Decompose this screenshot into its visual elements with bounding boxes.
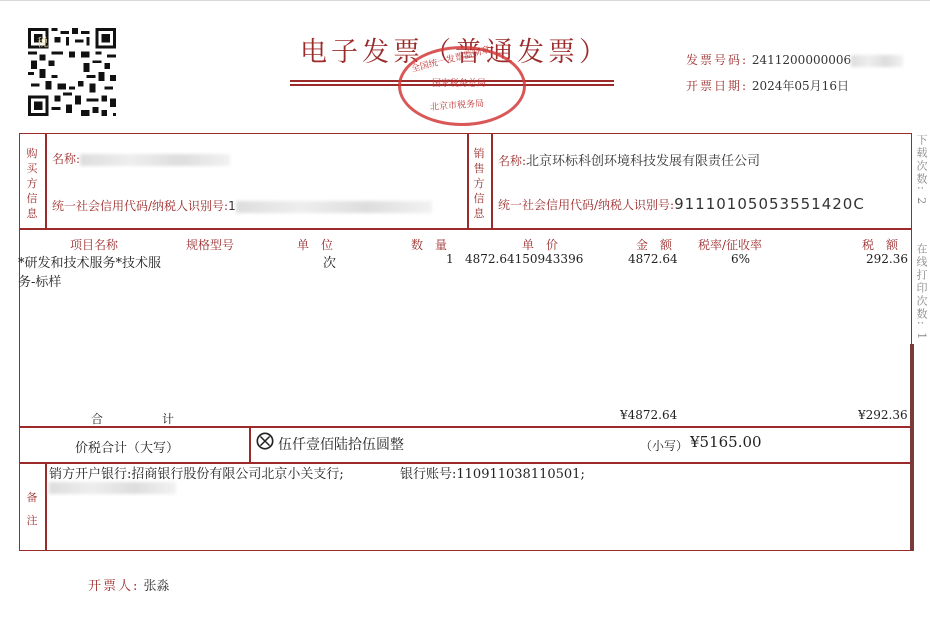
col-header-quantity: 数 量 xyxy=(411,236,447,253)
redacted-block xyxy=(851,55,903,67)
seller-taxid-label: 统一社会信用代码/纳税人识别号: xyxy=(498,198,674,212)
divider xyxy=(491,133,493,228)
col-header-tax-rate: 税率/征收率 xyxy=(698,236,762,253)
seller-taxid-value: 91110105053551420C xyxy=(674,195,865,213)
seal-middle-text: 国家税务总局 xyxy=(432,76,486,89)
seller-taxid: 统一社会信用代码/纳税人识别号:91110105053551420C xyxy=(498,195,865,213)
redacted-block xyxy=(49,482,176,494)
col-header-tax: 税 额 xyxy=(862,236,898,253)
buyer-taxid: 统一社会信用代码/纳税人识别号:1 xyxy=(52,197,432,214)
redacted-block xyxy=(236,201,432,213)
col-header-unit: 单 位 xyxy=(297,236,333,253)
seller-name: 名称:北京环标科创环境科技发展有限责任公司 xyxy=(498,150,760,169)
col-header-spec: 规格型号 xyxy=(186,236,234,253)
divider xyxy=(467,133,469,228)
col-header-amount: 金 额 xyxy=(636,236,672,253)
issuer-name: 张淼 xyxy=(144,579,170,594)
invoice-number-value: 2411200000006 xyxy=(752,53,851,67)
buyer-name: 名称: xyxy=(52,150,230,167)
divider xyxy=(249,426,251,462)
remarks-label-bei: 备 xyxy=(25,490,39,505)
item-quantity: 1 xyxy=(446,252,454,266)
seller-name-label: 名称: xyxy=(498,154,526,168)
grand-total-label: 价税合计（大写） xyxy=(75,437,179,456)
issuer-label: 开票人: xyxy=(88,579,139,594)
total-tax: ¥292.36 xyxy=(858,408,908,422)
item-name-line2: 务-标样 xyxy=(18,271,61,290)
grand-total-upper: 伍仟壹佰陆拾伍圆整 xyxy=(278,434,404,454)
remarks-label-zhu: 注 xyxy=(25,513,39,528)
buyer-section-label: 购买方信息 xyxy=(25,146,39,221)
remarks-bank: 销方开户银行:招商银行股份有限公司北京小关支行; xyxy=(49,463,344,482)
invoice-number-label: 发票号码: xyxy=(686,53,748,67)
divider xyxy=(19,426,912,428)
divider xyxy=(45,133,47,228)
download-count: 下载次数: 2 xyxy=(913,134,929,206)
scrollbar[interactable] xyxy=(910,344,914,551)
issue-date: 开票日期: 2024年05月16日 xyxy=(686,77,849,94)
item-amount: 4872.64 xyxy=(628,252,678,266)
grand-total-small-label: （小写） xyxy=(640,437,688,454)
item-name-line1: *研发和技术服务*技术服 xyxy=(18,252,161,271)
redacted-block xyxy=(80,154,230,166)
col-header-unit-price: 单 价 xyxy=(522,236,558,253)
total-label-ji: 计 xyxy=(162,410,174,427)
total-amount: ¥4872.64 xyxy=(620,408,677,422)
circle-x-icon: ⨂ xyxy=(256,431,274,451)
page-top-border xyxy=(0,0,930,1)
item-unit-price: 4872.64150943396 xyxy=(465,252,583,266)
remarks-account: 银行账号:110911038110501; xyxy=(400,463,585,482)
col-header-item-name: 项目名称 xyxy=(70,236,118,253)
total-label-he: 合 xyxy=(91,410,103,427)
item-unit: 次 xyxy=(323,252,336,271)
seller-section-label: 销售方信息 xyxy=(472,146,486,221)
issue-date-value: 2024年05月16日 xyxy=(752,79,849,93)
seller-name-value: 北京环标科创环境科技发展有限责任公司 xyxy=(526,154,760,169)
grand-total-small-value: ¥5165.00 xyxy=(690,433,762,451)
divider xyxy=(19,228,912,230)
issuer: 开票人: 张淼 xyxy=(88,575,170,594)
buyer-name-label: 名称: xyxy=(52,152,80,166)
qr-center-tax-glyph: 税 xyxy=(37,34,48,50)
item-tax-rate: 6% xyxy=(731,252,750,266)
buyer-taxid-label: 统一社会信用代码/纳税人识别号: xyxy=(52,199,228,213)
invoice-number: 发票号码: 2411200000006 xyxy=(686,51,903,68)
item-tax: 292.36 xyxy=(866,252,908,266)
issue-date-label: 开票日期: xyxy=(686,79,748,93)
divider xyxy=(45,462,47,551)
print-count: 在线打印次数: 1 xyxy=(913,243,929,341)
buyer-taxid-value: 1 xyxy=(228,199,236,213)
